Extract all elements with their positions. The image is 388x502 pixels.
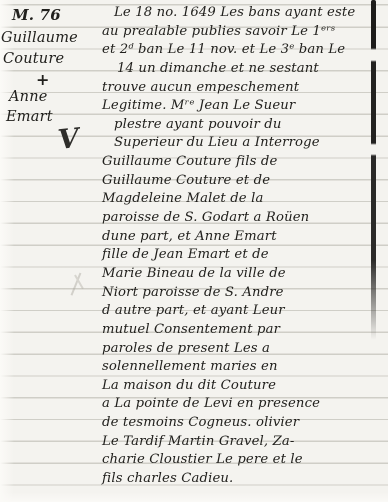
manuscript-line: et 2ᵈ ban Le 11 nov. et Le 3ᵉ ban Le: [102, 41, 388, 60]
manuscript-line: Guillaume Couture et de: [102, 172, 388, 191]
checkmark-icon: V: [56, 123, 80, 156]
manuscript-line: Le 18 no. 1649 Les bans ayant este: [102, 4, 388, 23]
manuscript-line: 14 un dimanche et ne sestant: [102, 60, 388, 79]
manuscript-body: Le 18 no. 1649 Les bans ayant este au pr…: [102, 4, 388, 489]
manuscript-line: au prealable publies savoir Le 1ᵉʳˢ: [102, 23, 388, 42]
manuscript-line: Magdeleine Malet de la: [102, 190, 388, 209]
manuscript-line: Niort paroisse de S. Andre: [102, 284, 388, 303]
manuscript-line: de tesmoins Cogneus. olivier: [102, 414, 388, 433]
faint-pencil-mark: [66, 272, 84, 296]
record-number: M. 76: [12, 6, 61, 24]
manuscript-line: Superieur du Lieu a Interroge: [102, 134, 388, 153]
groom-name-line-2: Couture: [3, 51, 64, 67]
manuscript-line: trouve aucun empeschement: [102, 79, 388, 98]
manuscript-line: Le Tardif Martin Gravel, Za-: [102, 433, 388, 452]
manuscript-line: a La pointe de Levi en presence: [102, 395, 388, 414]
manuscript-line: fille de Jean Emart et de: [102, 246, 388, 265]
manuscript-line: dune part, et Anne Emart: [102, 228, 388, 247]
manuscript-line: solennellement maries en: [102, 358, 388, 377]
manuscript-line: La maison du dit Couture: [102, 377, 388, 396]
manuscript-line: plestre ayant pouvoir du: [102, 116, 388, 135]
manuscript-page: M. 76 Guillaume Couture + Anne Emart V L…: [0, 0, 388, 502]
manuscript-line: Marie Bineau de la ville de: [102, 265, 388, 284]
groom-name-line-1: Guillaume: [1, 30, 78, 46]
manuscript-line: Legitime. Mʳᵉ Jean Le Sueur: [102, 97, 388, 116]
manuscript-line: charie Cloustier Le pere et le: [102, 451, 388, 470]
bride-name-line-1: Anne: [9, 89, 48, 105]
manuscript-line: mutuel Consentement par: [102, 321, 388, 340]
bride-name-line-2: Emart: [6, 109, 53, 125]
union-plus-symbol: +: [36, 70, 50, 89]
manuscript-line: paroles de present Les a: [102, 340, 388, 359]
manuscript-line: fils charles Cadieu.: [102, 470, 388, 489]
manuscript-line: Guillaume Couture fils de: [102, 153, 388, 172]
manuscript-line: paroisse de S. Godart a Roüen: [102, 209, 388, 228]
manuscript-line: d autre part, et ayant Leur: [102, 302, 388, 321]
